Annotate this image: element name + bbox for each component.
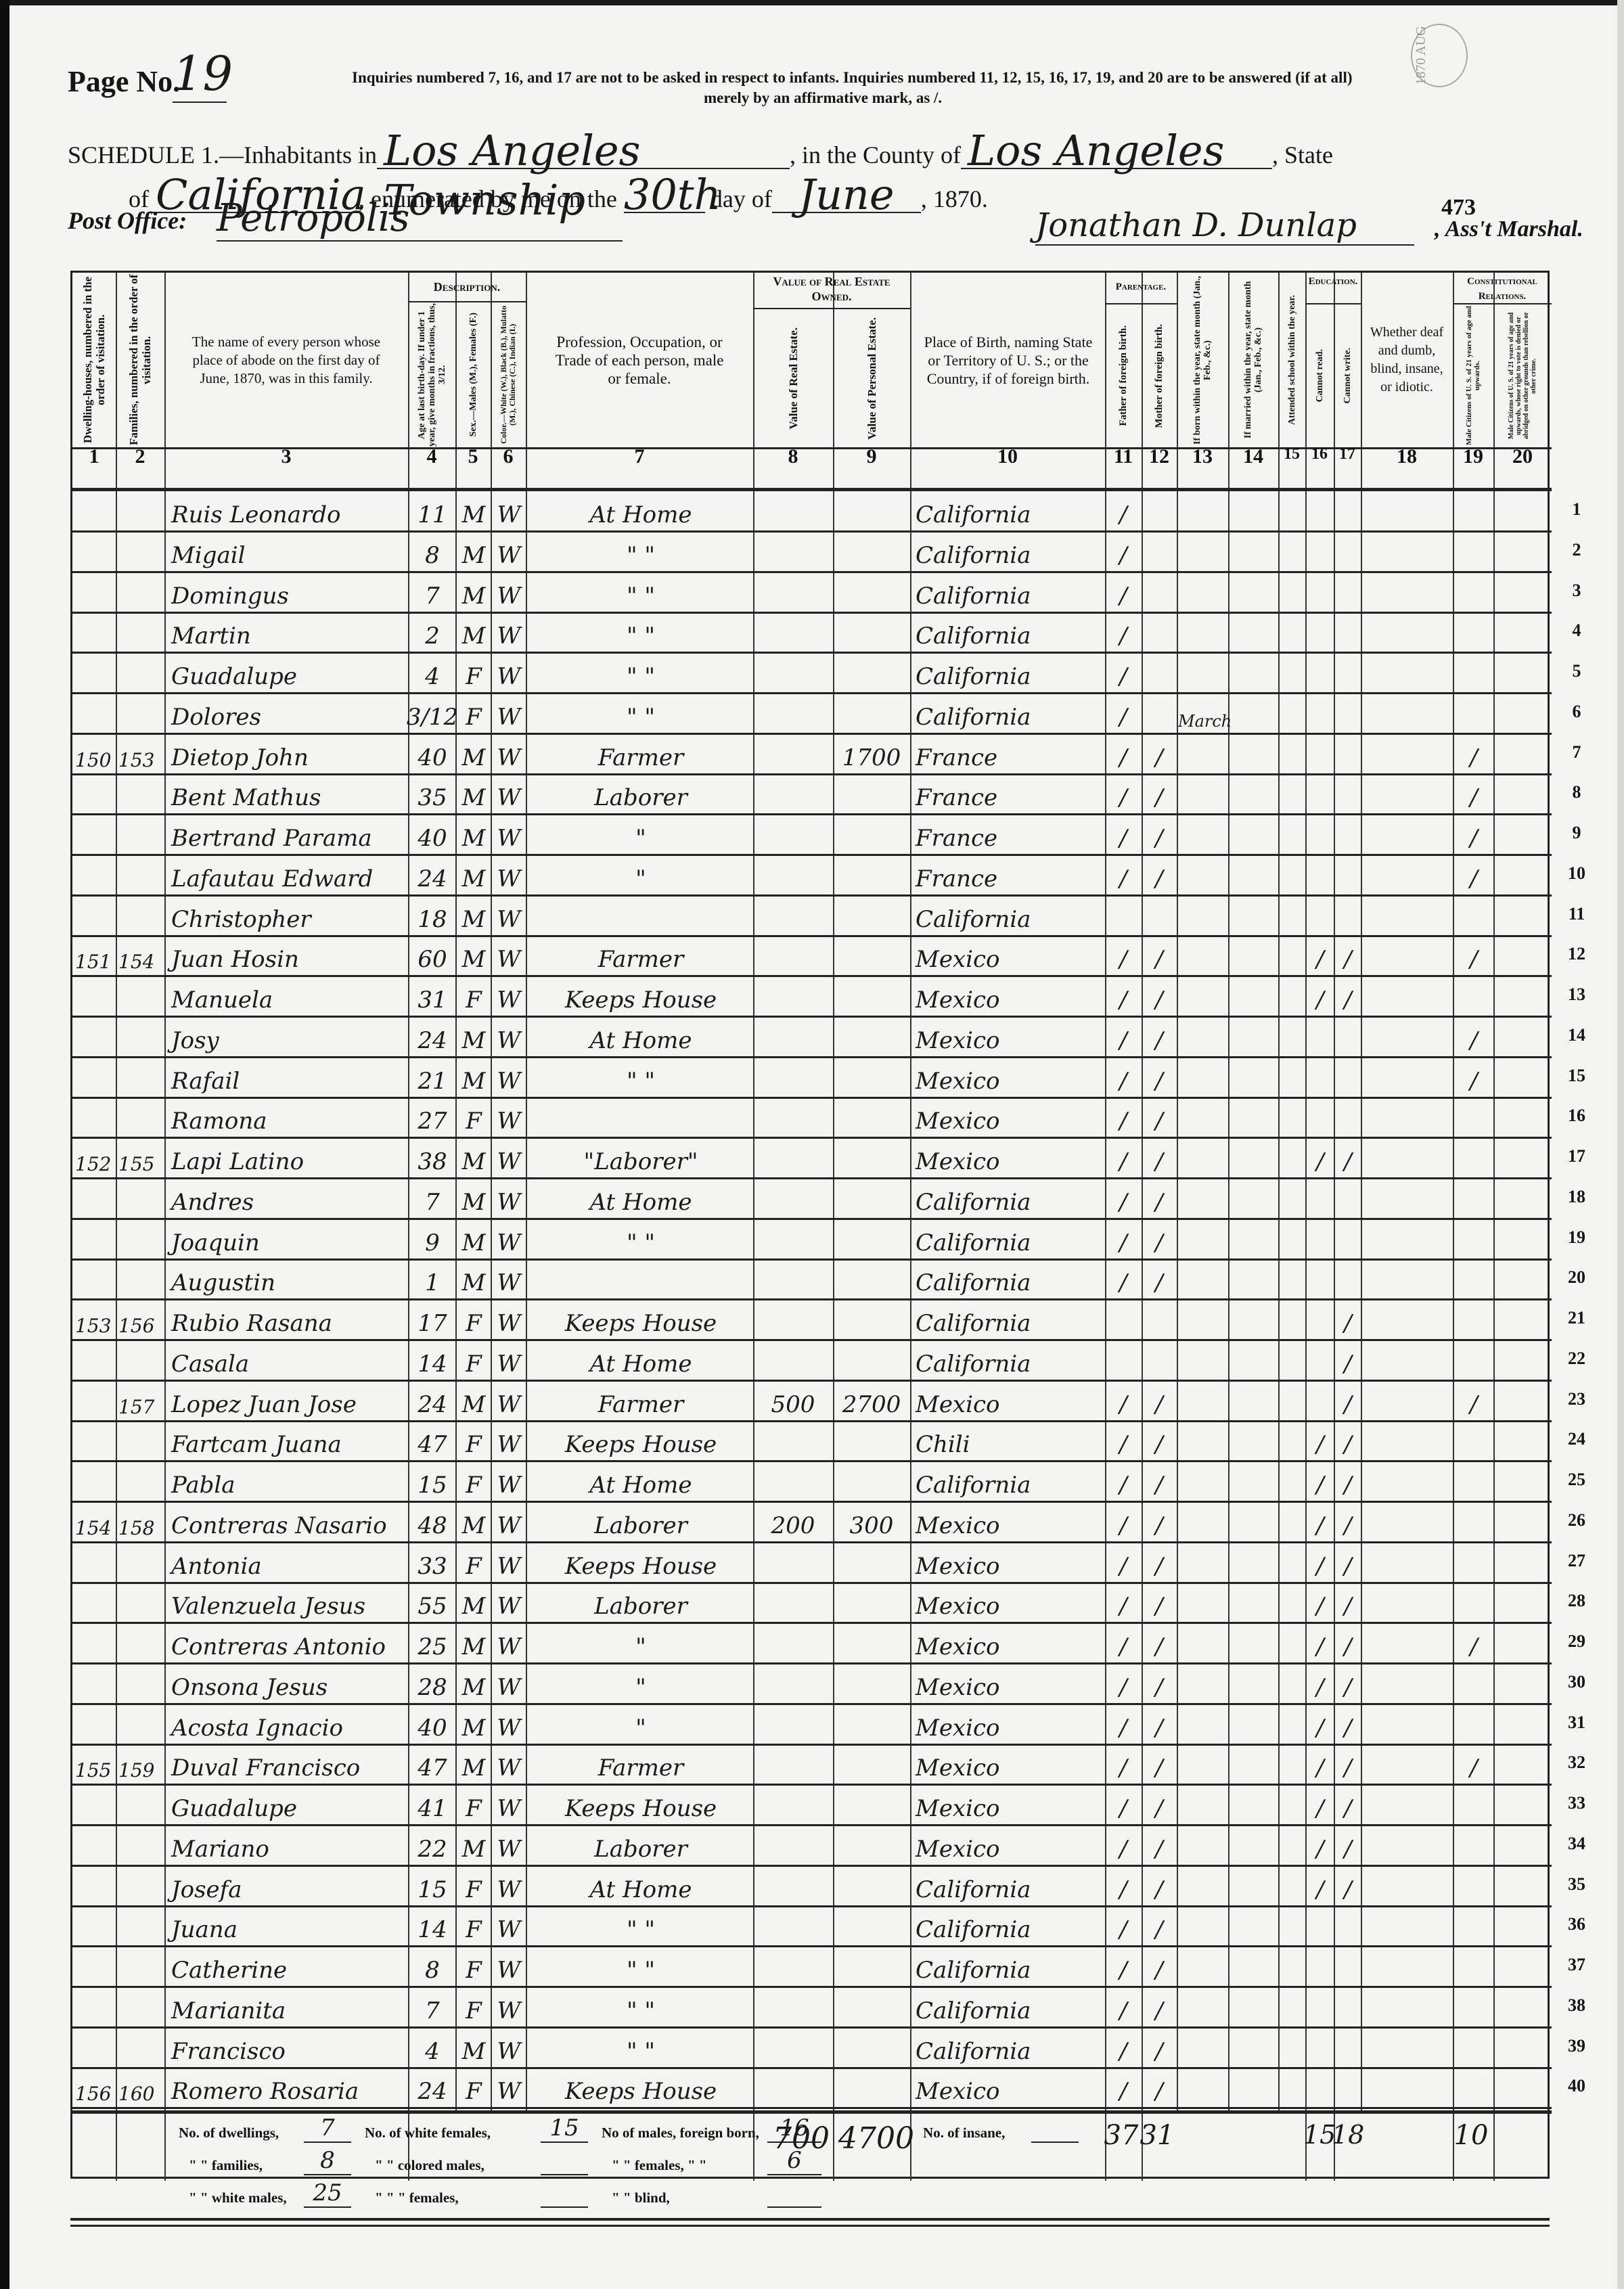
col-number: 11 [1105, 445, 1142, 468]
line-number: 3 [1563, 581, 1590, 601]
person-name: Guadalupe [171, 655, 405, 694]
school-mark [1280, 1302, 1305, 1341]
mother-foreign-mark: / [1143, 1140, 1175, 1179]
family-number: 154 [118, 938, 164, 977]
cannot-write-mark [1335, 1181, 1361, 1220]
mother-foreign-mark: / [1143, 1423, 1175, 1462]
mother-foreign-mark [1143, 898, 1175, 937]
father-foreign-mark: / [1106, 1868, 1140, 1907]
citizen-mark [1454, 1868, 1493, 1907]
line-number: 11 [1563, 904, 1590, 924]
table-row: Rafail 21 M W " " Mexico / / / [72, 1060, 1552, 1099]
personal-estate-value [834, 817, 909, 856]
family-number [118, 1989, 164, 2029]
post-office-field: Petropolis [217, 196, 623, 242]
married-month [1230, 776, 1277, 815]
school-mark [1280, 493, 1305, 532]
group-education: Education. [1305, 274, 1361, 289]
cannot-read-mark: / [1307, 1706, 1334, 1746]
row-rule [72, 2107, 1552, 2109]
infirmity [1362, 857, 1451, 897]
sex: F [457, 1302, 491, 1341]
citizen-mark: / [1454, 776, 1493, 815]
age: 24 [411, 857, 454, 897]
mother-foreign-mark: / [1143, 1706, 1175, 1746]
line-number: 19 [1563, 1227, 1590, 1248]
school-mark [1280, 1949, 1305, 1988]
birthplace: California [916, 1989, 1102, 2029]
mother-foreign-mark: / [1143, 1060, 1175, 1099]
cannot-write-mark [1335, 1261, 1361, 1300]
col-header-16: Cannot read. [1305, 304, 1334, 447]
family-number [118, 1221, 164, 1261]
cannot-write-mark [1335, 574, 1361, 614]
mother-foreign-mark: / [1143, 736, 1175, 775]
family-number [118, 574, 164, 614]
color: W [492, 1746, 526, 1786]
row-rule [72, 1541, 1552, 1543]
family-number [118, 614, 164, 654]
father-foreign-mark: / [1106, 534, 1140, 573]
person-name: Pabla [171, 1464, 405, 1503]
family-number [118, 978, 164, 1018]
table-row: Guadalupe 41 F W Keeps House Mexico / / … [72, 1787, 1552, 1826]
citizen-mark: / [1454, 1625, 1493, 1664]
personal-estate-value [834, 1787, 909, 1826]
father-foreign-mark: / [1106, 655, 1140, 694]
married-month [1230, 1423, 1277, 1462]
col-number: 7 [526, 445, 753, 468]
real-estate-value [754, 938, 832, 977]
citizen-mark [1454, 574, 1493, 614]
row-rule [72, 1824, 1552, 1826]
cannot-write-mark: / [1335, 938, 1361, 977]
birthplace: California [916, 696, 1102, 735]
married-month [1230, 493, 1277, 532]
family-number: 157 [118, 1383, 164, 1422]
born-month [1178, 1100, 1228, 1139]
table-row: 153 156 Rubio Rasana 17 F W Keeps House … [72, 1302, 1552, 1341]
white-females-count: 15 [541, 2114, 588, 2143]
vote-denied-mark [1495, 1625, 1552, 1664]
real-estate-value: 500 [754, 1383, 832, 1422]
color: W [492, 1261, 526, 1300]
birthplace: California [916, 1181, 1102, 1220]
age: 38 [411, 1140, 454, 1179]
dwelling-number [75, 574, 116, 614]
color: W [492, 938, 526, 977]
cannot-read-mark [1307, 1383, 1334, 1422]
age: 55 [411, 1585, 454, 1624]
color: W [492, 1504, 526, 1543]
families-label: " " families, [189, 2157, 263, 2174]
real-estate-value [754, 1261, 832, 1300]
group-description: Description. [408, 279, 526, 294]
school-mark [1280, 1666, 1305, 1705]
cannot-read-mark: / [1307, 978, 1334, 1018]
citizen-mark: / [1454, 817, 1493, 856]
birthplace: Mexico [916, 1140, 1102, 1179]
occupation: At Home [533, 1868, 749, 1907]
father-foreign-mark: / [1106, 1666, 1140, 1705]
table-row: Mariano 22 M W Laborer Mexico / / / / [72, 1828, 1552, 1867]
vote-denied-mark [1495, 1706, 1552, 1746]
born-month [1178, 1989, 1228, 2029]
color: W [492, 1666, 526, 1705]
father-foreign-mark: / [1106, 1019, 1140, 1058]
cannot-read-mark [1307, 1302, 1334, 1341]
real-estate-value [754, 898, 832, 937]
infirmity [1362, 1342, 1451, 1382]
vote-denied-mark [1495, 493, 1552, 532]
infirmity [1362, 1666, 1451, 1705]
born-month: March [1178, 696, 1228, 735]
cannot-write-mark: / [1335, 1706, 1361, 1746]
color: W [492, 1868, 526, 1907]
birthplace: Mexico [916, 1828, 1102, 1867]
table-row: Marianita 7 F W " " California / / [72, 1989, 1552, 2029]
birthplace: France [916, 736, 1102, 775]
table-row: Ramona 27 F W Mexico / / [72, 1100, 1552, 1139]
person-name: Guadalupe [171, 1787, 405, 1826]
occupation: " [533, 1666, 749, 1705]
citizen-mark: / [1454, 1746, 1493, 1786]
personal-estate-value [834, 2070, 909, 2109]
born-month [1178, 1868, 1228, 1907]
color: W [492, 1828, 526, 1867]
real-estate-value [754, 1868, 832, 1907]
vote-denied-mark [1495, 534, 1552, 573]
birthplace: California [916, 1868, 1102, 1907]
born-month [1178, 817, 1228, 856]
color: W [492, 2030, 526, 2069]
cannot-write-mark [1335, 655, 1361, 694]
infirmity [1362, 1140, 1451, 1179]
line-number: 35 [1563, 1874, 1590, 1895]
infirmity [1362, 1625, 1451, 1664]
vote-denied-mark [1495, 1221, 1552, 1261]
col-header-17: Cannot write. [1334, 304, 1361, 447]
mother-foreign-mark: / [1143, 1261, 1175, 1300]
citizen-mark [1454, 1706, 1493, 1746]
born-month [1178, 1060, 1228, 1099]
col-header-13: If born within the year, state month (Ja… [1177, 273, 1228, 447]
family-number [118, 1423, 164, 1462]
row-rule [72, 652, 1552, 654]
row-rule [72, 1622, 1552, 1624]
cannot-write-mark: / [1335, 1302, 1361, 1341]
age: 41 [411, 1787, 454, 1826]
scan-edge-top [0, 0, 1624, 5]
occupation: Keeps House [533, 1302, 749, 1341]
born-month [1178, 1221, 1228, 1261]
row-rule [72, 935, 1552, 937]
citizen-mark [1454, 1666, 1493, 1705]
personal-estate-value: 300 [834, 1504, 909, 1543]
person-name: Acosta Ignacio [171, 1706, 405, 1746]
citizen-mark [1454, 2030, 1493, 2069]
school-mark [1280, 1383, 1305, 1422]
personal-estate-value [834, 1545, 909, 1584]
line-number: 17 [1563, 1146, 1590, 1166]
table-row: Casala 14 F W At Home California / [72, 1342, 1552, 1382]
col-header-15: Attended school within the year. [1278, 273, 1305, 447]
age: 31 [411, 978, 454, 1018]
personal-estate-value [834, 696, 909, 735]
cannot-read-mark: / [1307, 1464, 1334, 1503]
line-number: 9 [1563, 823, 1590, 843]
birthplace: Mexico [916, 1746, 1102, 1786]
sex: F [457, 1464, 491, 1503]
dwelling-number: 152 [75, 1140, 116, 1179]
cannot-read-mark: / [1307, 1140, 1334, 1179]
school-mark [1280, 1868, 1305, 1907]
person-name: Lopez Juan Jose [171, 1383, 405, 1422]
row-rule [72, 733, 1552, 735]
sex: M [457, 1706, 491, 1746]
col-header-2: Families, numbered in the order of visit… [116, 273, 164, 447]
married-month [1230, 1746, 1277, 1786]
vote-denied-mark [1495, 1787, 1552, 1826]
infirmity [1362, 2030, 1451, 2069]
born-month [1178, 776, 1228, 815]
sex: F [457, 655, 491, 694]
white-females-label: No. of white females, [365, 2125, 491, 2141]
sex: M [457, 1181, 491, 1220]
colored-males-count [541, 2147, 588, 2175]
color: W [492, 1787, 526, 1826]
occupation: " " [533, 1221, 749, 1261]
personal-estate-value [834, 1585, 909, 1624]
group-value-real-estate: Value of Real Estate Owned. [753, 274, 910, 304]
citizen-mark [1454, 1585, 1493, 1624]
line-number: 4 [1563, 620, 1590, 641]
cannot-write-mark: / [1335, 1868, 1361, 1907]
born-month [1178, 655, 1228, 694]
age: 11 [411, 493, 454, 532]
real-estate-value [754, 1787, 832, 1826]
family-number [118, 1100, 164, 1139]
line-number: 10 [1563, 863, 1590, 884]
birthplace: California [916, 534, 1102, 573]
real-estate-value [754, 1100, 832, 1139]
real-estate-value [754, 1181, 832, 1220]
occupation: At Home [533, 493, 749, 532]
mother-foreign-mark [1143, 1342, 1175, 1382]
family-number: 156 [118, 1302, 164, 1341]
age: 7 [411, 1989, 454, 2029]
scan-edge-right [1617, 0, 1624, 2289]
dwellings-count: 7 [304, 2114, 351, 2143]
mother-foreign-mark: / [1143, 817, 1175, 856]
citizen-mark [1454, 1302, 1493, 1341]
line-number: 6 [1563, 702, 1590, 722]
header-rule-double [72, 488, 1552, 491]
insane-label: No. of insane, [923, 2125, 1005, 2141]
month-field: June [772, 170, 921, 213]
col-header-3: The name of every person whose place of … [178, 273, 394, 447]
colored-females-count [541, 2179, 588, 2208]
dwelling-number [75, 1181, 116, 1220]
birthplace: Mexico [916, 1504, 1102, 1543]
person-name: Bent Mathus [171, 776, 405, 815]
real-estate-value [754, 2070, 832, 2109]
citizen-mark [1454, 1221, 1493, 1261]
personal-estate-value [834, 574, 909, 614]
citizen-mark: / [1454, 736, 1493, 775]
personal-estate-value [834, 776, 909, 815]
born-month [1178, 978, 1228, 1018]
personal-estate-value [834, 1261, 909, 1300]
infirmity [1362, 1746, 1451, 1786]
age: 40 [411, 817, 454, 856]
married-month [1230, 938, 1277, 977]
sex: M [457, 1585, 491, 1624]
vote-denied-mark [1495, 817, 1552, 856]
father-foreign-mark [1106, 1342, 1140, 1382]
family-number [118, 534, 164, 573]
mother-foreign-mark: / [1143, 1545, 1175, 1584]
person-name: Dolores [171, 696, 405, 735]
personal-estate-value [834, 1949, 909, 1988]
line-number: 5 [1563, 661, 1590, 681]
born-month [1178, 1383, 1228, 1422]
birthplace: Mexico [916, 1706, 1102, 1746]
birthplace: Mexico [916, 1585, 1102, 1624]
dwelling-number [75, 655, 116, 694]
citizen-mark [1454, 1140, 1493, 1179]
real-estate-value [754, 857, 832, 897]
color: W [492, 1221, 526, 1261]
school-mark [1280, 1261, 1305, 1300]
born-month [1178, 1464, 1228, 1503]
color: W [492, 1302, 526, 1341]
family-number [118, 1868, 164, 1907]
col-number: 4 [408, 445, 455, 468]
personal-estate-value [834, 898, 909, 937]
occupation: Farmer [533, 1746, 749, 1786]
col-number: 13 [1177, 445, 1228, 468]
married-month [1230, 1828, 1277, 1867]
cannot-write-mark: / [1335, 1342, 1361, 1382]
family-number [118, 1706, 164, 1746]
personal-estate-value [834, 857, 909, 897]
citizen-mark [1454, 696, 1493, 735]
line-number: 12 [1563, 944, 1590, 964]
married-month [1230, 1989, 1277, 2029]
table-row: 152 155 Lapi Latino 38 M W "Laborer" Mex… [72, 1140, 1552, 1179]
citizen-mark [1454, 1342, 1493, 1382]
school-mark [1280, 1423, 1305, 1462]
sex: M [457, 574, 491, 614]
born-month [1178, 1019, 1228, 1058]
vote-denied-mark [1495, 1181, 1552, 1220]
age: 2 [411, 614, 454, 654]
sex: M [457, 1746, 491, 1786]
dwelling-number [75, 2030, 116, 2069]
married-month [1230, 2070, 1277, 2109]
married-month [1230, 1019, 1277, 1058]
cannot-write-mark [1335, 1060, 1361, 1099]
occupation: At Home [533, 1464, 749, 1503]
father-foreign-mark: / [1106, 1949, 1140, 1988]
line-number: 36 [1563, 1914, 1590, 1934]
infirmity [1362, 2070, 1451, 2109]
school-mark [1280, 898, 1305, 937]
family-number [118, 1545, 164, 1584]
cannot-read-mark [1307, 655, 1334, 694]
vote-denied-mark [1495, 1464, 1552, 1503]
cannot-read-mark [1307, 1989, 1334, 2029]
citizen-mark [1454, 978, 1493, 1018]
school-mark [1280, 1585, 1305, 1624]
infirmity [1362, 1423, 1451, 1462]
mother-foreign-mark: / [1143, 1666, 1175, 1705]
dwelling-number [75, 1019, 116, 1058]
cannot-write-mark: / [1335, 1787, 1361, 1826]
school-mark [1280, 696, 1305, 735]
school-mark [1280, 1787, 1305, 1826]
birthplace: Mexico [916, 978, 1102, 1018]
table-row: Onsona Jesus 28 M W " Mexico / / / / [72, 1666, 1552, 1705]
dwelling-number [75, 1423, 116, 1462]
occupation: " [533, 857, 749, 897]
col-number: 10 [910, 445, 1105, 468]
father-foreign-mark: / [1106, 1383, 1140, 1422]
cannot-read-mark [1307, 1908, 1334, 1947]
father-foreign-mark: / [1106, 1746, 1140, 1786]
cannot-write-mark: / [1335, 1504, 1361, 1543]
page-summary: No. of dwellings, 7 " " families, 8 " " … [70, 2114, 1550, 2219]
occupation: " [533, 817, 749, 856]
table-row: Pabla 15 F W At Home California / / / / [72, 1464, 1552, 1503]
real-estate-value [754, 1342, 832, 1382]
schedule-label: SCHEDULE 1.—Inhabitants in [68, 141, 377, 169]
sex: M [457, 898, 491, 937]
birthplace: France [916, 817, 1102, 856]
real-estate-value [754, 817, 832, 856]
table-row: Andres 7 M W At Home California / / [72, 1181, 1552, 1220]
row-rule [72, 1945, 1552, 1947]
dwelling-number: 151 [75, 938, 116, 977]
color: W [492, 1181, 526, 1220]
born-month [1178, 1828, 1228, 1867]
married-month [1230, 1342, 1277, 1382]
dwelling-number: 156 [75, 2070, 116, 2109]
born-month [1178, 574, 1228, 614]
table-row: Josy 24 M W At Home Mexico / / / [72, 1019, 1552, 1058]
line-number: 25 [1563, 1470, 1590, 1490]
sex: F [457, 1949, 491, 1988]
cannot-read-mark: / [1307, 1746, 1334, 1786]
dwelling-number: 154 [75, 1504, 116, 1543]
married-month [1230, 1585, 1277, 1624]
occupation: " " [533, 1949, 749, 1988]
line-number: 32 [1563, 1752, 1590, 1773]
day-field: 30th [624, 170, 705, 213]
married-month [1230, 1261, 1277, 1300]
occupation: Laborer [533, 776, 749, 815]
col-number: 20 [1493, 445, 1552, 468]
sex: F [457, 2070, 491, 2109]
line-number: 22 [1563, 1349, 1590, 1369]
cannot-read-mark [1307, 857, 1334, 897]
mother-foreign-mark: / [1143, 1787, 1175, 1826]
table-row: Ruis Leonardo 11 M W At Home California … [72, 493, 1552, 532]
cannot-read-mark [1307, 736, 1334, 775]
father-foreign-mark: / [1106, 736, 1140, 775]
personal-estate-value [834, 1221, 909, 1261]
